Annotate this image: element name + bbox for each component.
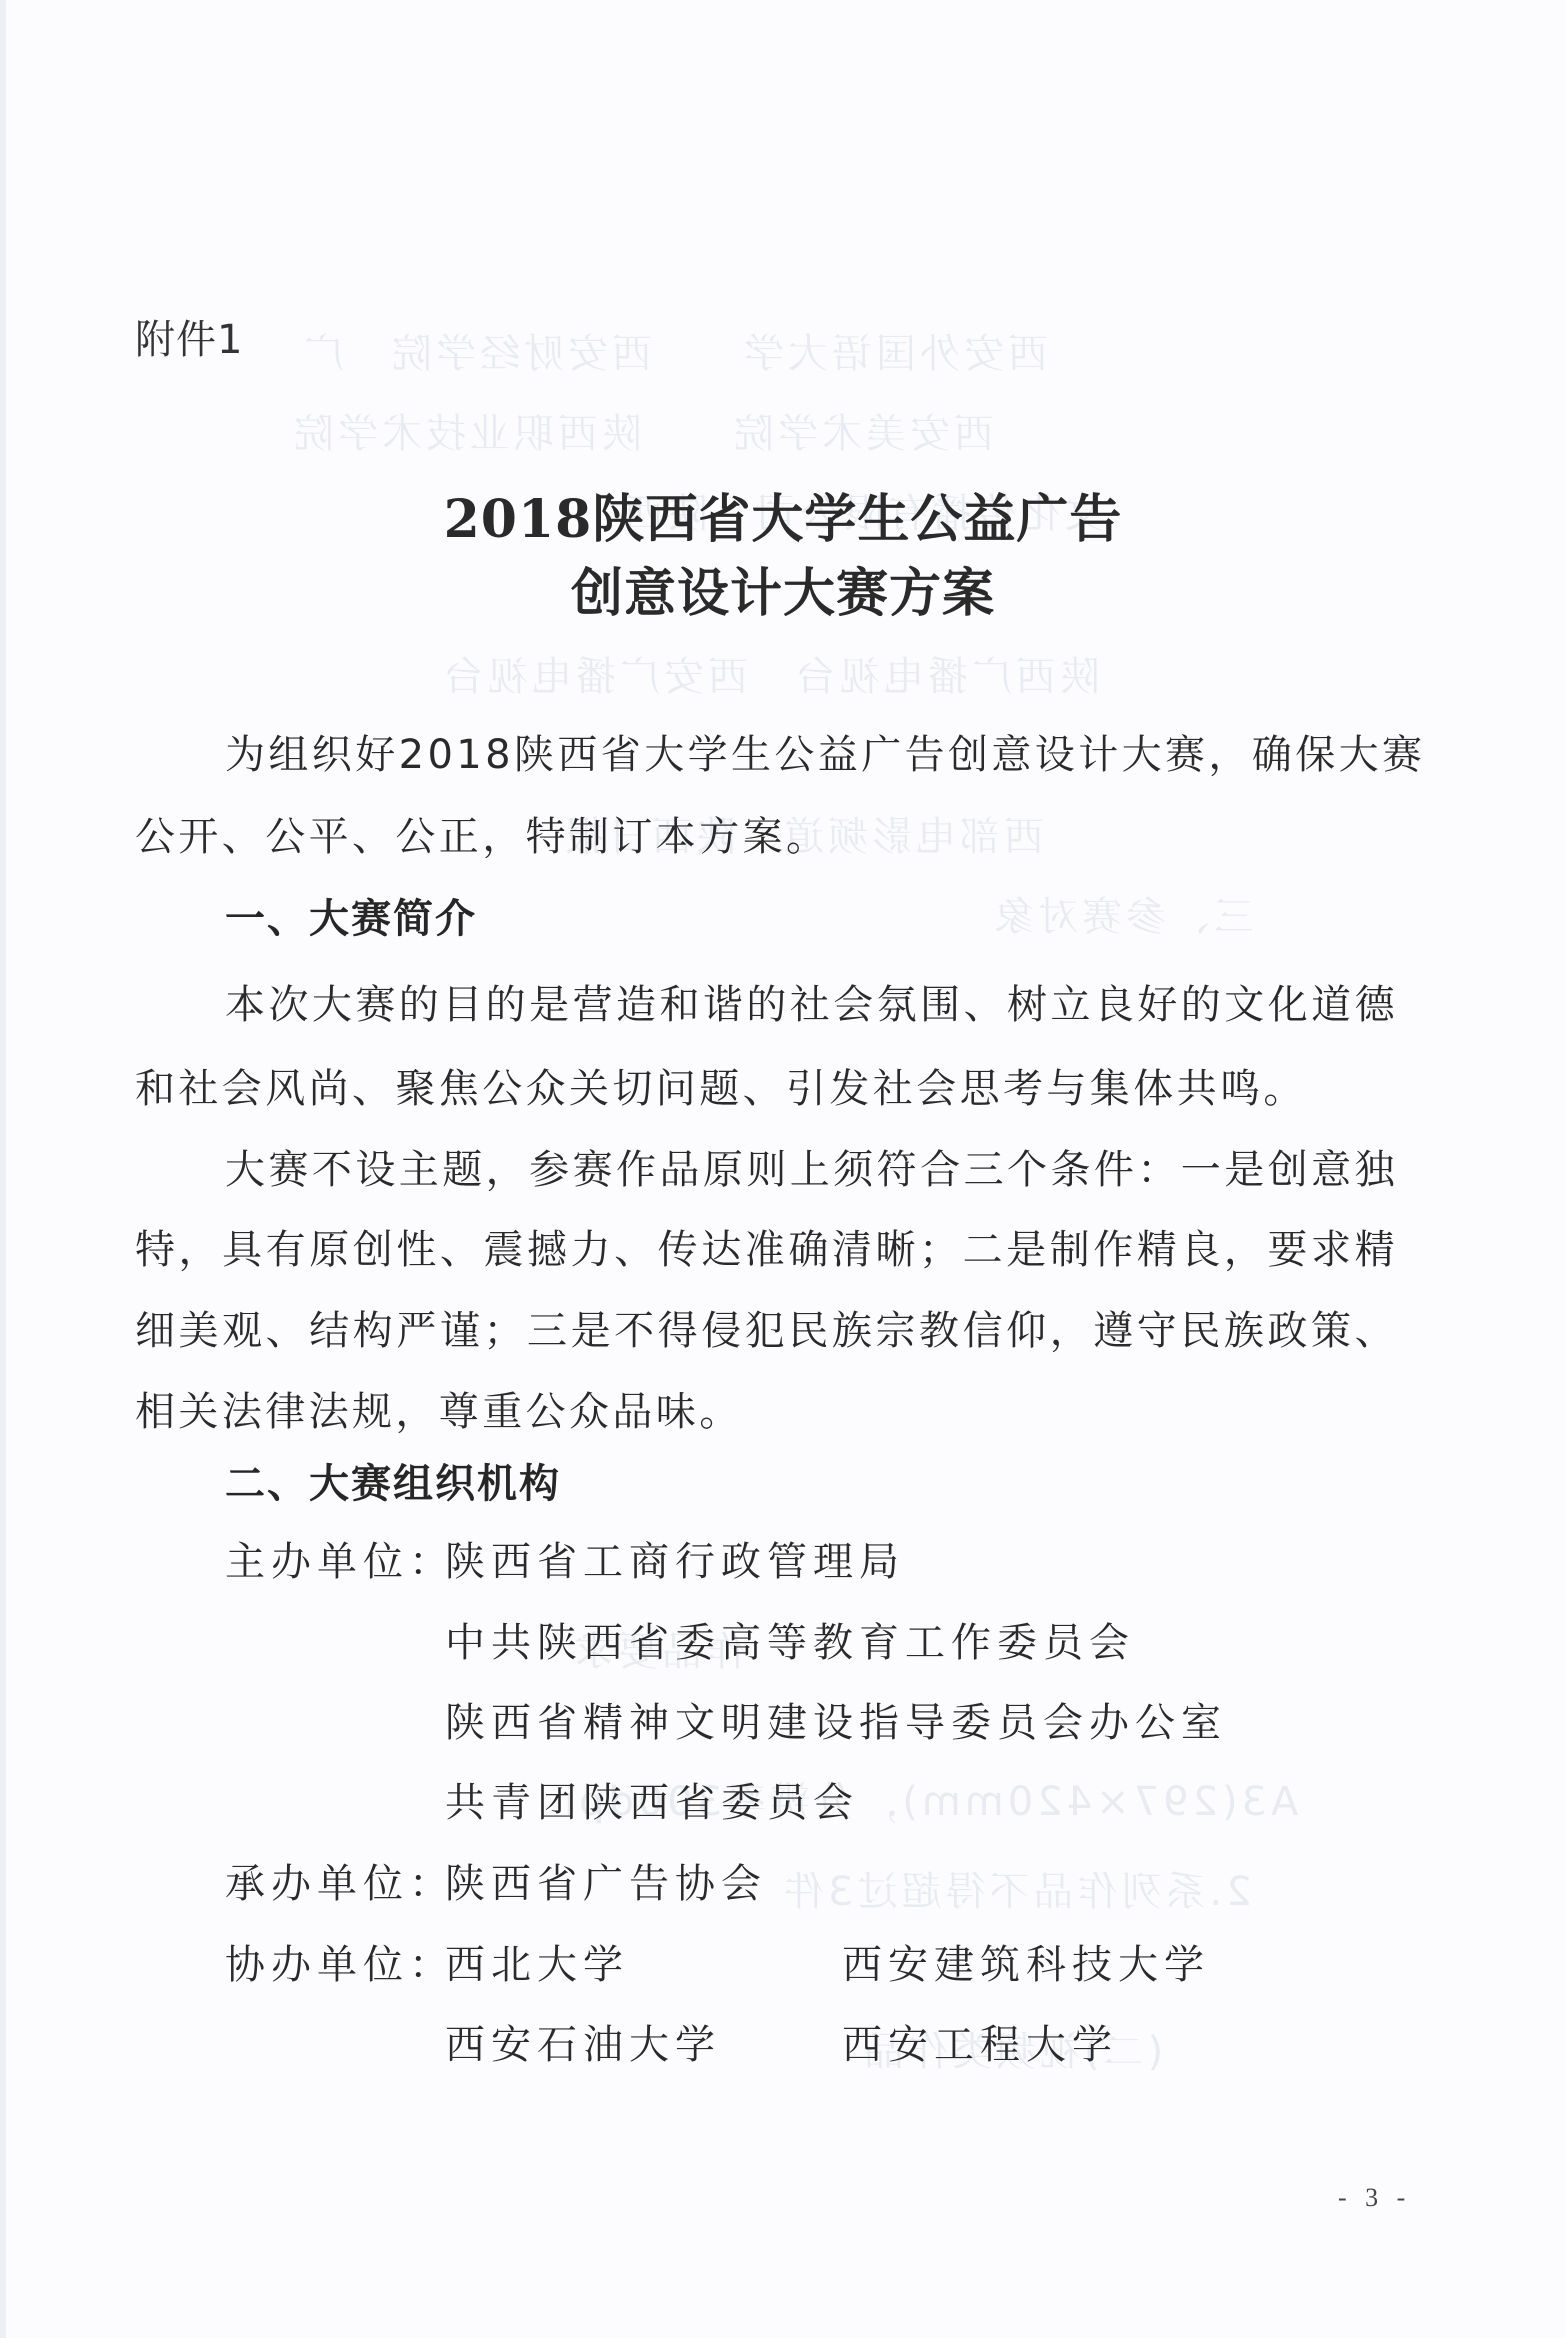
host-label: 主办单位： [225, 1540, 455, 1584]
host-organization: 中共陕西省委高等教育工作委员会 [445, 1621, 1135, 1665]
paragraph-line: 本次大赛的目的是营造和谐的社会氛围、树立良好的文化道德 [225, 983, 1398, 1027]
bleed-through-text: 西安美术学院 陕西职业技术学院 [290, 402, 994, 459]
bleed-through-text: 2.系列作品不得超过3件 [780, 1860, 1252, 1917]
document-title-line-2: 创意设计大赛方案 [0, 564, 1566, 624]
section-heading: 二、大赛组织机构 [225, 1462, 561, 1506]
host-organization: 陕西省工商行政管理局 [445, 1540, 905, 1584]
bleed-through-text: 陕西广播电视台 西安广播电视台 [440, 645, 1100, 702]
paragraph-line: 细美观、结构严谨；三是不得侵犯民族宗教信仰，遵守民族政策、 [135, 1309, 1398, 1353]
document-title-line-1: 2018陕西省大学生公益广告 [0, 490, 1566, 550]
scanned-page: 西安外国语大学 西安财经学院 广 西安美术学院 陕西职业技术学院 文化传播有限公… [0, 0, 1566, 2338]
co-organizer: 西安石油大学 [445, 2023, 721, 2067]
attachment-label: 附件1 [135, 318, 243, 362]
undertaker-organization: 陕西省广告协会 [445, 1862, 767, 1906]
paragraph-line: 大赛不设主题，参赛作品原则上须符合三个条件：一是创意独 [225, 1148, 1398, 1192]
paragraph-line: 特，具有原创性、震撼力、传达准确清晰；二是制作精良，要求精 [135, 1228, 1398, 1272]
co-organizer-label: 协办单位： [225, 1943, 455, 1987]
co-organizer: 西北大学 [445, 1943, 629, 1987]
paragraph-line: 相关法律法规，尊重公众品味。 [135, 1390, 743, 1434]
undertaker-label: 承办单位： [225, 1862, 455, 1906]
page-number: - 3 - [1338, 2176, 1411, 2220]
bleed-through-text: 三、参赛对象 [990, 885, 1254, 942]
paragraph-line: 和社会风尚、聚焦公众关切问题、引发社会思考与集体共鸣。 [135, 1067, 1307, 1111]
host-organization: 陕西省精神文明建设指导委员会办公室 [445, 1701, 1227, 1745]
co-organizer: 西安工程大学 [842, 2023, 1118, 2067]
host-organization: 共青团陕西省委员会 [445, 1781, 859, 1825]
intro-line: 为组织好2018陕西省大学生公益广告创意设计大赛，确保大赛 [225, 733, 1398, 777]
co-organizer: 西安建筑科技大学 [842, 1943, 1210, 1987]
bleed-through-text: 西安外国语大学 西安财经学院 广 [300, 322, 1048, 379]
intro-line: 公开、公平、公正，特制订本方案。 [135, 815, 829, 859]
section-heading: 一、大赛简介 [225, 897, 477, 941]
scan-edge [0, 0, 6, 2338]
